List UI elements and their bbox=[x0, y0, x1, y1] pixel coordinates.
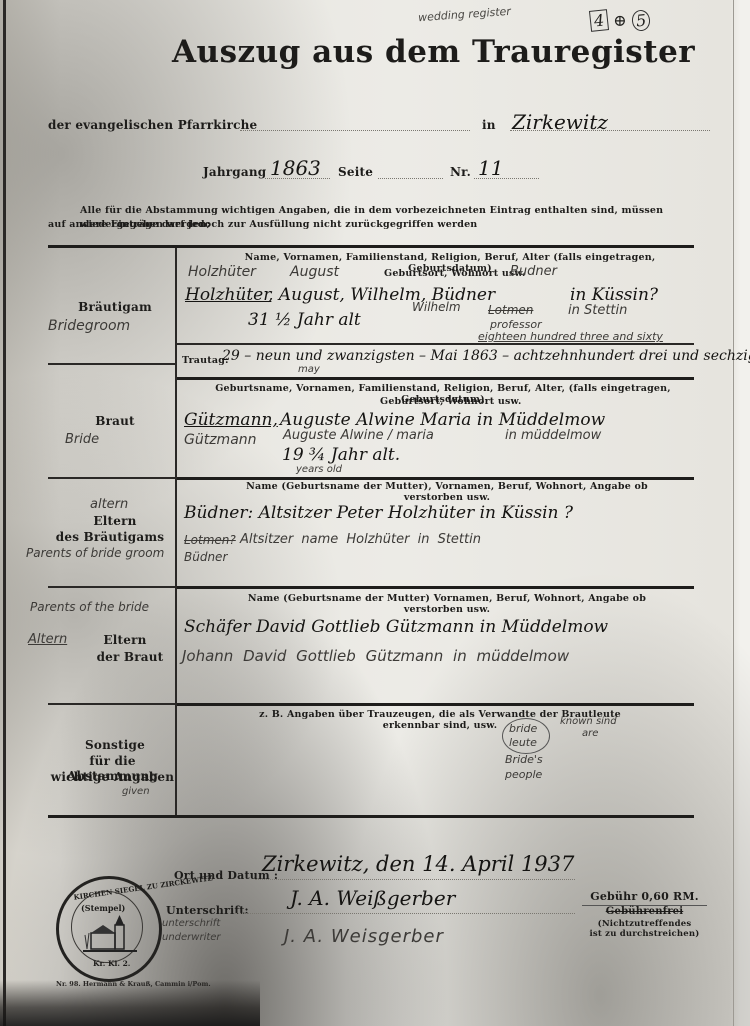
bride-pencil-age: years old bbox=[296, 464, 342, 475]
church-label: der evangelischen Pfarrkirche bbox=[48, 118, 257, 132]
table-bottom-rule bbox=[48, 815, 694, 818]
bride-parents-pencil-altern: Altern bbox=[28, 632, 67, 647]
groom-column-header-2: Geburtsort, Wohnort usw. bbox=[384, 268, 525, 279]
place-date-dotline bbox=[255, 879, 575, 880]
bride-parents-label-2: der Braut bbox=[90, 650, 170, 665]
ref-mark-1: 4 bbox=[589, 9, 609, 32]
other-pencil-label: given bbox=[122, 786, 150, 797]
seal-ring-text: KIRCHEN SIEGEL ZU ZIRCKEWITZ bbox=[73, 873, 213, 901]
bride-label-translation: Bride bbox=[65, 432, 99, 447]
groom-parents-pencil-line: Altsitzer name Holzhüter in Stettin bbox=[240, 532, 481, 547]
church-seal: KIRCHEN SIEGEL ZU ZIRCKEWITZ (Stempel) K… bbox=[56, 876, 162, 982]
annotation-wedding-register: wedding register bbox=[418, 5, 512, 24]
table-top-rule bbox=[48, 245, 694, 248]
bride-pencil-surname: Gützmann bbox=[184, 432, 257, 448]
footer-pencil-signature: J. A. Weisgerber bbox=[284, 926, 444, 947]
table-column-divider bbox=[175, 248, 177, 818]
page-edge-left bbox=[3, 0, 6, 1026]
bride-ink-surname: Gützmann, bbox=[184, 410, 278, 430]
row-divider-right-2 bbox=[177, 477, 694, 480]
other-pencil-brides-people: Bride's people bbox=[505, 752, 545, 782]
other-label-3: wichtige Angaben bbox=[50, 770, 175, 785]
page-label: Seite bbox=[338, 165, 373, 179]
fee-note-line-2: ist zu durchstreichen) bbox=[582, 929, 707, 939]
row-divider-right-1 bbox=[177, 377, 694, 380]
groom-parents-label-1: Eltern bbox=[60, 514, 170, 529]
ref-mark-3: 5 bbox=[631, 9, 651, 32]
signature-label: Unterschrift: bbox=[166, 904, 249, 917]
reference-marks: 4 ⊕ 5 bbox=[590, 10, 650, 31]
groom-parents-ink-line: Büdner: Altsitzer Peter Holzhüter in Küs… bbox=[184, 503, 573, 523]
row-divider-left-1 bbox=[48, 363, 175, 365]
number-label: Nr. bbox=[450, 165, 471, 179]
other-pencil-bride-leute: bride leute bbox=[502, 718, 550, 754]
church-building-icon bbox=[81, 915, 139, 955]
year-value: 1863 bbox=[270, 156, 321, 180]
wedding-day-pencil-may: may bbox=[298, 364, 320, 375]
footer-pencil-unterschrift: unterschrift bbox=[162, 918, 220, 929]
page-edge-right bbox=[733, 0, 734, 1026]
row-divider-right-3 bbox=[177, 586, 694, 589]
scan-shadow bbox=[0, 980, 260, 1026]
bride-label: Braut bbox=[60, 414, 170, 429]
groom-ink-surname: Holzhüter bbox=[185, 285, 271, 305]
groom-pencil-stettin: in Stettin bbox=[568, 303, 627, 318]
instructions-line-2: auf andere Einträge darf jedoch zur Ausf… bbox=[48, 218, 688, 232]
bride-parents-pencil-line: Johann David Gottlieb Gützmann in müddel… bbox=[182, 647, 569, 665]
groom-ink-age: 31 ½ Jahr alt bbox=[248, 310, 361, 330]
seal-stamp-label: (Stempel) bbox=[81, 903, 125, 913]
groom-parents-column-header: Name (Geburtsname der Mutter), Vornamen,… bbox=[232, 481, 662, 503]
groom-parents-label-2: des Bräutigams bbox=[45, 530, 175, 545]
groom-parents-pencil-struck: Lotmen? bbox=[184, 533, 236, 547]
groom-label: Bräutigam bbox=[60, 300, 170, 315]
church-place-label: in bbox=[482, 118, 496, 132]
groom-pencil-occupation: Budner bbox=[510, 264, 557, 279]
ref-mark-2: ⊕ bbox=[613, 11, 626, 30]
other-label-1: Sonstige bbox=[60, 738, 170, 753]
fee-free-struck: Gebührenfrei bbox=[582, 905, 707, 917]
signature-value: J. A. Weißgerber bbox=[290, 886, 455, 910]
bride-column-header-2: Geburtsort, Wohnort usw. bbox=[380, 396, 521, 407]
groom-pencil-struck: Lotmen bbox=[488, 303, 533, 317]
groom-parents-pencil-top: altern bbox=[90, 497, 128, 512]
wedding-day-value: 29 – neun und zwanzigsten – Mai 1863 – a… bbox=[222, 348, 750, 364]
year-dotline bbox=[265, 178, 330, 179]
groom-pencil-surname: Holzhüter bbox=[188, 264, 256, 280]
other-pencil-known: known sind bbox=[560, 716, 617, 727]
row-divider-right-4 bbox=[177, 703, 694, 706]
bride-pencil-names: Auguste Alwine / maria bbox=[283, 428, 434, 443]
number-dotline bbox=[474, 178, 539, 179]
groom-weddingday-divider bbox=[177, 343, 694, 345]
groom-pencil-wilhelm: Wilhelm bbox=[412, 300, 461, 314]
groom-ink-place: in Küssin? bbox=[570, 285, 658, 305]
document-title: Auszug aus dem Trauregister bbox=[172, 34, 695, 70]
bride-parents-label-1: Eltern bbox=[90, 633, 160, 648]
page-dotline bbox=[378, 178, 443, 179]
bride-parents-column-header: Name (Geburtsname der Mutter) Vornamen, … bbox=[232, 593, 662, 615]
row-divider-left-4 bbox=[48, 703, 175, 705]
bride-pencil-place: in müddelmow bbox=[505, 428, 601, 443]
other-pencil-are: are bbox=[582, 728, 598, 739]
document-scan: wedding register 4 ⊕ 5 Auszug aus dem Tr… bbox=[0, 0, 750, 1026]
year-label: Jahrgang bbox=[203, 165, 266, 179]
bride-ink-age: 19 ¾ Jahr alt. bbox=[282, 445, 400, 465]
place-date-value: Zirkewitz, den 14. April 1937 bbox=[262, 852, 574, 876]
groom-label-translation: Bridegroom bbox=[48, 318, 130, 334]
bride-ink-names: Auguste Alwine Maria in Müddelmow bbox=[280, 410, 605, 430]
bride-parents-pencil-top: Parents of the bride bbox=[30, 600, 149, 614]
groom-pencil-year-translation: eighteen hundred three and sixty bbox=[478, 330, 663, 343]
row-divider-left-3 bbox=[48, 586, 175, 588]
seal-bottom-text: Kr. Kl. 2. bbox=[93, 959, 130, 968]
church-place-dotline bbox=[510, 130, 710, 131]
row-divider-left-2 bbox=[48, 477, 175, 479]
groom-pencil-firstname: August bbox=[290, 264, 339, 280]
fee-block: Gebühr 0,60 RM. Gebührenfrei (Nichtzutre… bbox=[582, 890, 707, 939]
church-dotline bbox=[240, 130, 470, 131]
footer-pencil-underwriter: underwriter bbox=[162, 932, 221, 943]
fee-label: Gebühr 0,60 RM. bbox=[582, 890, 707, 903]
groom-parents-label-translation: Parents of bride groom bbox=[26, 546, 166, 561]
number-value: 11 bbox=[478, 156, 503, 180]
groom-ink-names: , August, Wilhelm, Büdner bbox=[268, 285, 495, 305]
groom-parents-pencil-budner: Büdner bbox=[184, 550, 227, 564]
fee-note-line-1: (Nichtzutreffendes bbox=[582, 919, 707, 929]
signature-dotline bbox=[235, 913, 575, 914]
bride-parents-ink-line: Schäfer David Gottlieb Gützmann in Müdde… bbox=[184, 617, 608, 637]
